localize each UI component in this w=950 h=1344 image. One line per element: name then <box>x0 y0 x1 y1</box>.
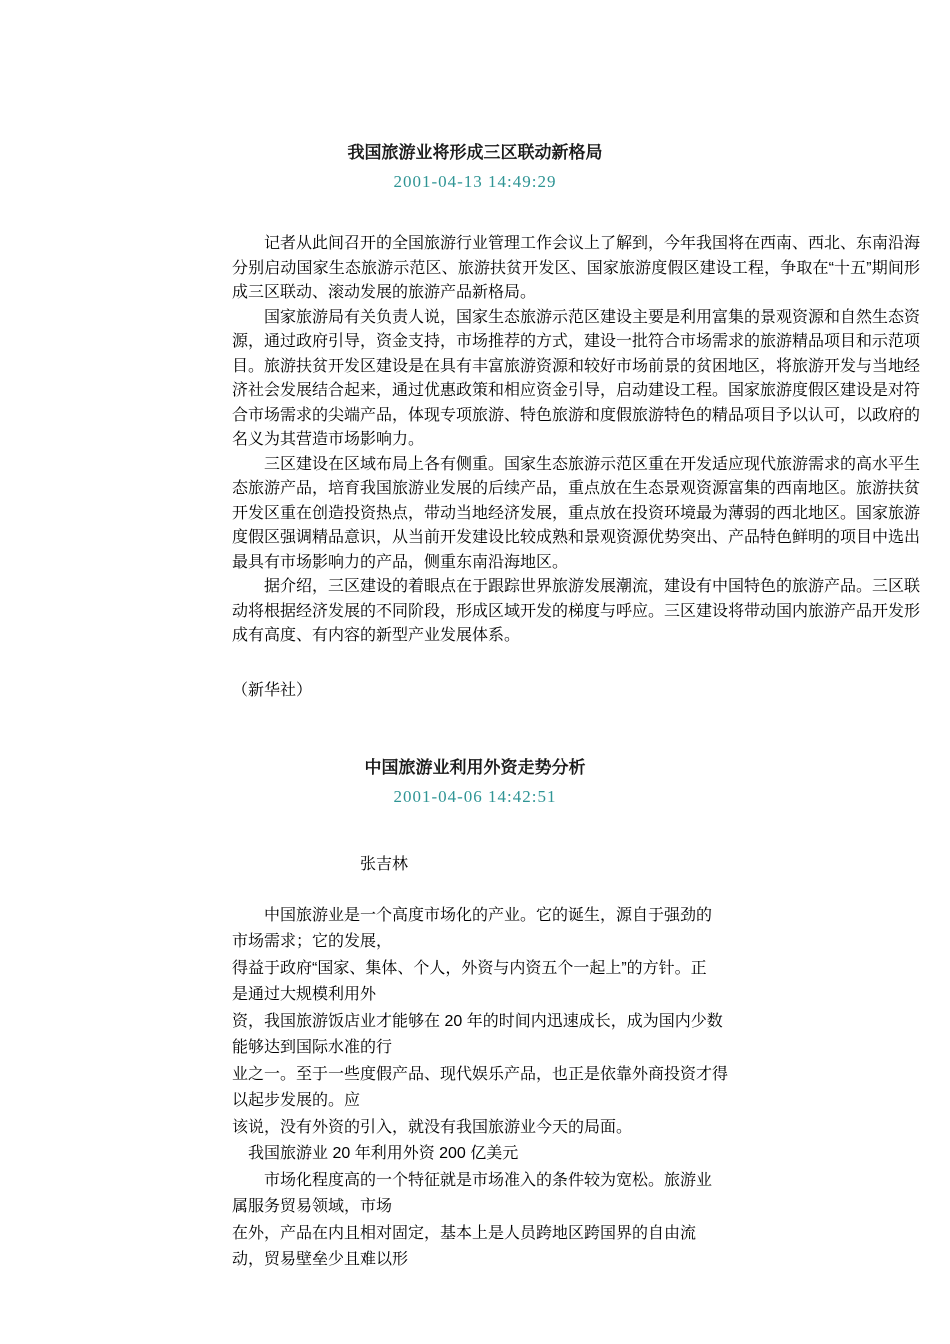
article-1: 我国旅游业将形成三区联动新格局 2001-04-13 14:49:29 记者从此… <box>0 140 950 703</box>
article-1-paragraph-2: 国家旅游局有关负责人说，国家生态旅游示范区建设主要是利用富集的景观资源和自然生态… <box>232 306 920 453</box>
article-1-paragraph-4: 据介绍，三区建设的着眼点在于跟踪世界旅游发展潮流，建设有中国特色的旅游产品。三区… <box>232 575 920 649</box>
article-1-paragraph-3: 三区建设在区域布局上各有侧重。国家生态旅游示范区重在开发适应现代旅游需求的高水平… <box>232 453 920 576</box>
article-2: 中国旅游业利用外资走势分析 2001-04-06 14:42:51 张吉林 中国… <box>0 755 950 1274</box>
article-2-date: 2001-04-06 14:42:51 <box>0 787 950 807</box>
article-1-date: 2001-04-13 14:49:29 <box>0 172 950 192</box>
article-2-author: 张吉林 <box>360 853 920 877</box>
article-1-byline: （新华社） <box>232 679 920 703</box>
document-page: 我国旅游业将形成三区联动新格局 2001-04-13 14:49:29 记者从此… <box>0 0 950 1344</box>
article-1-paragraph-1: 记者从此间召开的全国旅游行业管理工作会议上了解到，今年我国将在西南、西北、东南沿… <box>232 232 920 306</box>
article-1-title: 我国旅游业将形成三区联动新格局 <box>0 140 950 166</box>
article-2-title: 中国旅游业利用外资走势分析 <box>0 755 950 781</box>
article-2-body: 中国旅游业是一个高度市场化的产业。它的诞生，源自于强劲的 市场需求；它的发展， … <box>232 903 920 1274</box>
article-1-body: 记者从此间召开的全国旅游行业管理工作会议上了解到，今年我国将在西南、西北、东南沿… <box>232 232 920 649</box>
